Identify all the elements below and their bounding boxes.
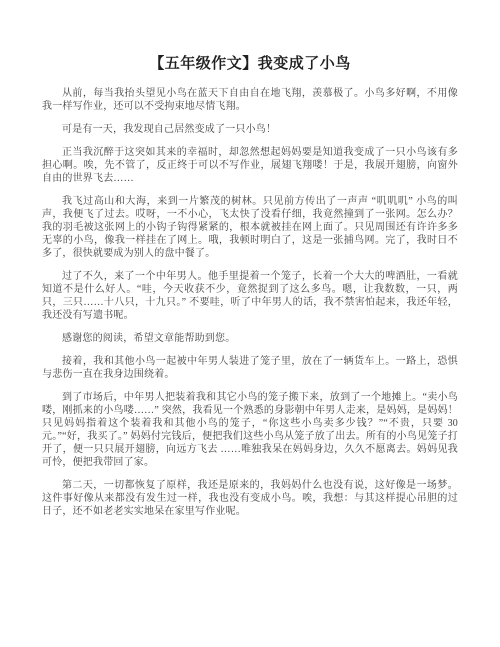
essay-paragraph-5: 过了不久，来了一个中年男人。他手里提着一个笼子，长着一个大大的啤酒肚，一看就知道… xyxy=(42,270,458,322)
essay-paragraph-3: 正当我沉醉于这突如其来的幸福时，却忽然想起妈妈要是知道我变成了一只小鸟该有多担心… xyxy=(42,146,458,185)
essay-paragraph-9: 第二天，一切都恢复了原样，我还是原来的，我妈妈什么也没有说，这好像是一场梦。这件… xyxy=(42,479,458,518)
essay-paragraph-6: 感谢您的阅读，希望文章能帮助到您。 xyxy=(42,332,458,345)
essay-paragraph-2: 可是有一天，我发现自己居然变成了一只小鸟！ xyxy=(42,123,458,136)
essay-paragraph-4: 我飞过高山和大海，来到一片繁茂的树林。只见前方传出了一声声 “叽叽叽” 小鸟的叫… xyxy=(42,195,458,260)
essay-paragraph-1: 从前，每当我抬头望见小鸟在蓝天下自由自在地飞翔，羡慕极了。小鸟多好啊，不用像我一… xyxy=(42,87,458,113)
essay-paragraph-8: 到了市场后，中年男人把装着我和其它小鸟的笼子搬下来，放到了一个地摊上。“卖小鸟喽… xyxy=(42,391,458,469)
essay-title: 【五年级作文】我变成了小鸟 xyxy=(42,54,458,74)
essay-paragraph-7: 接着，我和其他小鸟一起被中年男人装进了笼子里，放在了一辆货车上。一路上，恐惧与悲… xyxy=(42,355,458,381)
document-page: 【五年级作文】我变成了小鸟 从前，每当我抬头望见小鸟在蓝天下自由自在地飞翔，羡慕… xyxy=(0,0,500,647)
